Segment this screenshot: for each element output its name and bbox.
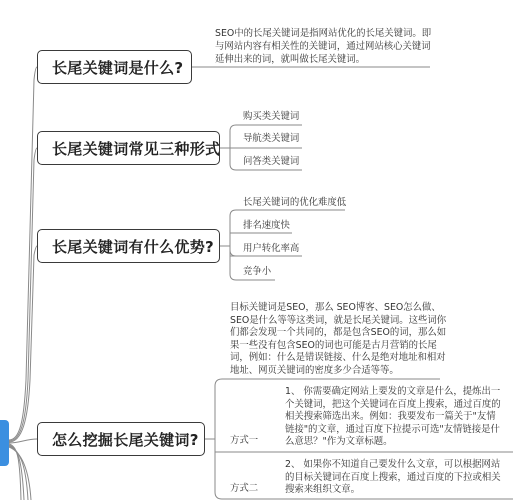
topic-what-description: SEO中的长尾关键词是指网站优化的长尾关键词。即 与网站内容有相关性的关键词，通…	[215, 27, 431, 66]
branch-item[interactable]: 导航类关键词	[243, 132, 299, 145]
branch-item[interactable]: 竞争小	[243, 265, 271, 278]
topic-title: 长尾关键词常见三种形式	[52, 138, 220, 159]
topic-what-is-long-tail[interactable]: 长尾关键词是什么?	[37, 50, 192, 84]
method-two-text: 2、 如果你不知道自己要发什么文章，可以根据网站 的目标关键词在百度上搜索，通过…	[285, 459, 501, 497]
branch-item[interactable]: 问答类关键词	[243, 155, 299, 168]
method-one-text: 1、 你需要确定网站上要发的文章是什么，提炼出一 个关键词，把这个关键词在百度上…	[285, 386, 501, 449]
method-one-label[interactable]: 方式一	[230, 434, 258, 447]
topic-three-forms[interactable]: 长尾关键词常见三种形式	[37, 131, 220, 165]
root-node-tab[interactable]	[0, 420, 9, 466]
branch-item[interactable]: 购买类关键词	[243, 110, 299, 123]
topic-mining-intro: 目标关键词是SEO，那么 SEO博客、SEO怎么做、 SEO是什么等等这类词，就…	[230, 302, 446, 378]
branch-item[interactable]: 用户转化率高	[243, 242, 299, 255]
topic-advantages[interactable]: 长尾关键词有什么优势?	[37, 229, 220, 263]
topic-title: 长尾关键词是什么?	[52, 57, 183, 78]
topic-title: 长尾关键词有什么优势?	[52, 236, 214, 257]
branch-item[interactable]: 排名速度快	[243, 219, 290, 232]
branch-item[interactable]: 长尾关键词的优化难度低	[243, 196, 346, 209]
method-two-label[interactable]: 方式二	[230, 482, 258, 495]
topic-title: 怎么挖掘长尾关键词?	[52, 429, 199, 450]
topic-how-to-mine[interactable]: 怎么挖掘长尾关键词?	[37, 422, 205, 456]
